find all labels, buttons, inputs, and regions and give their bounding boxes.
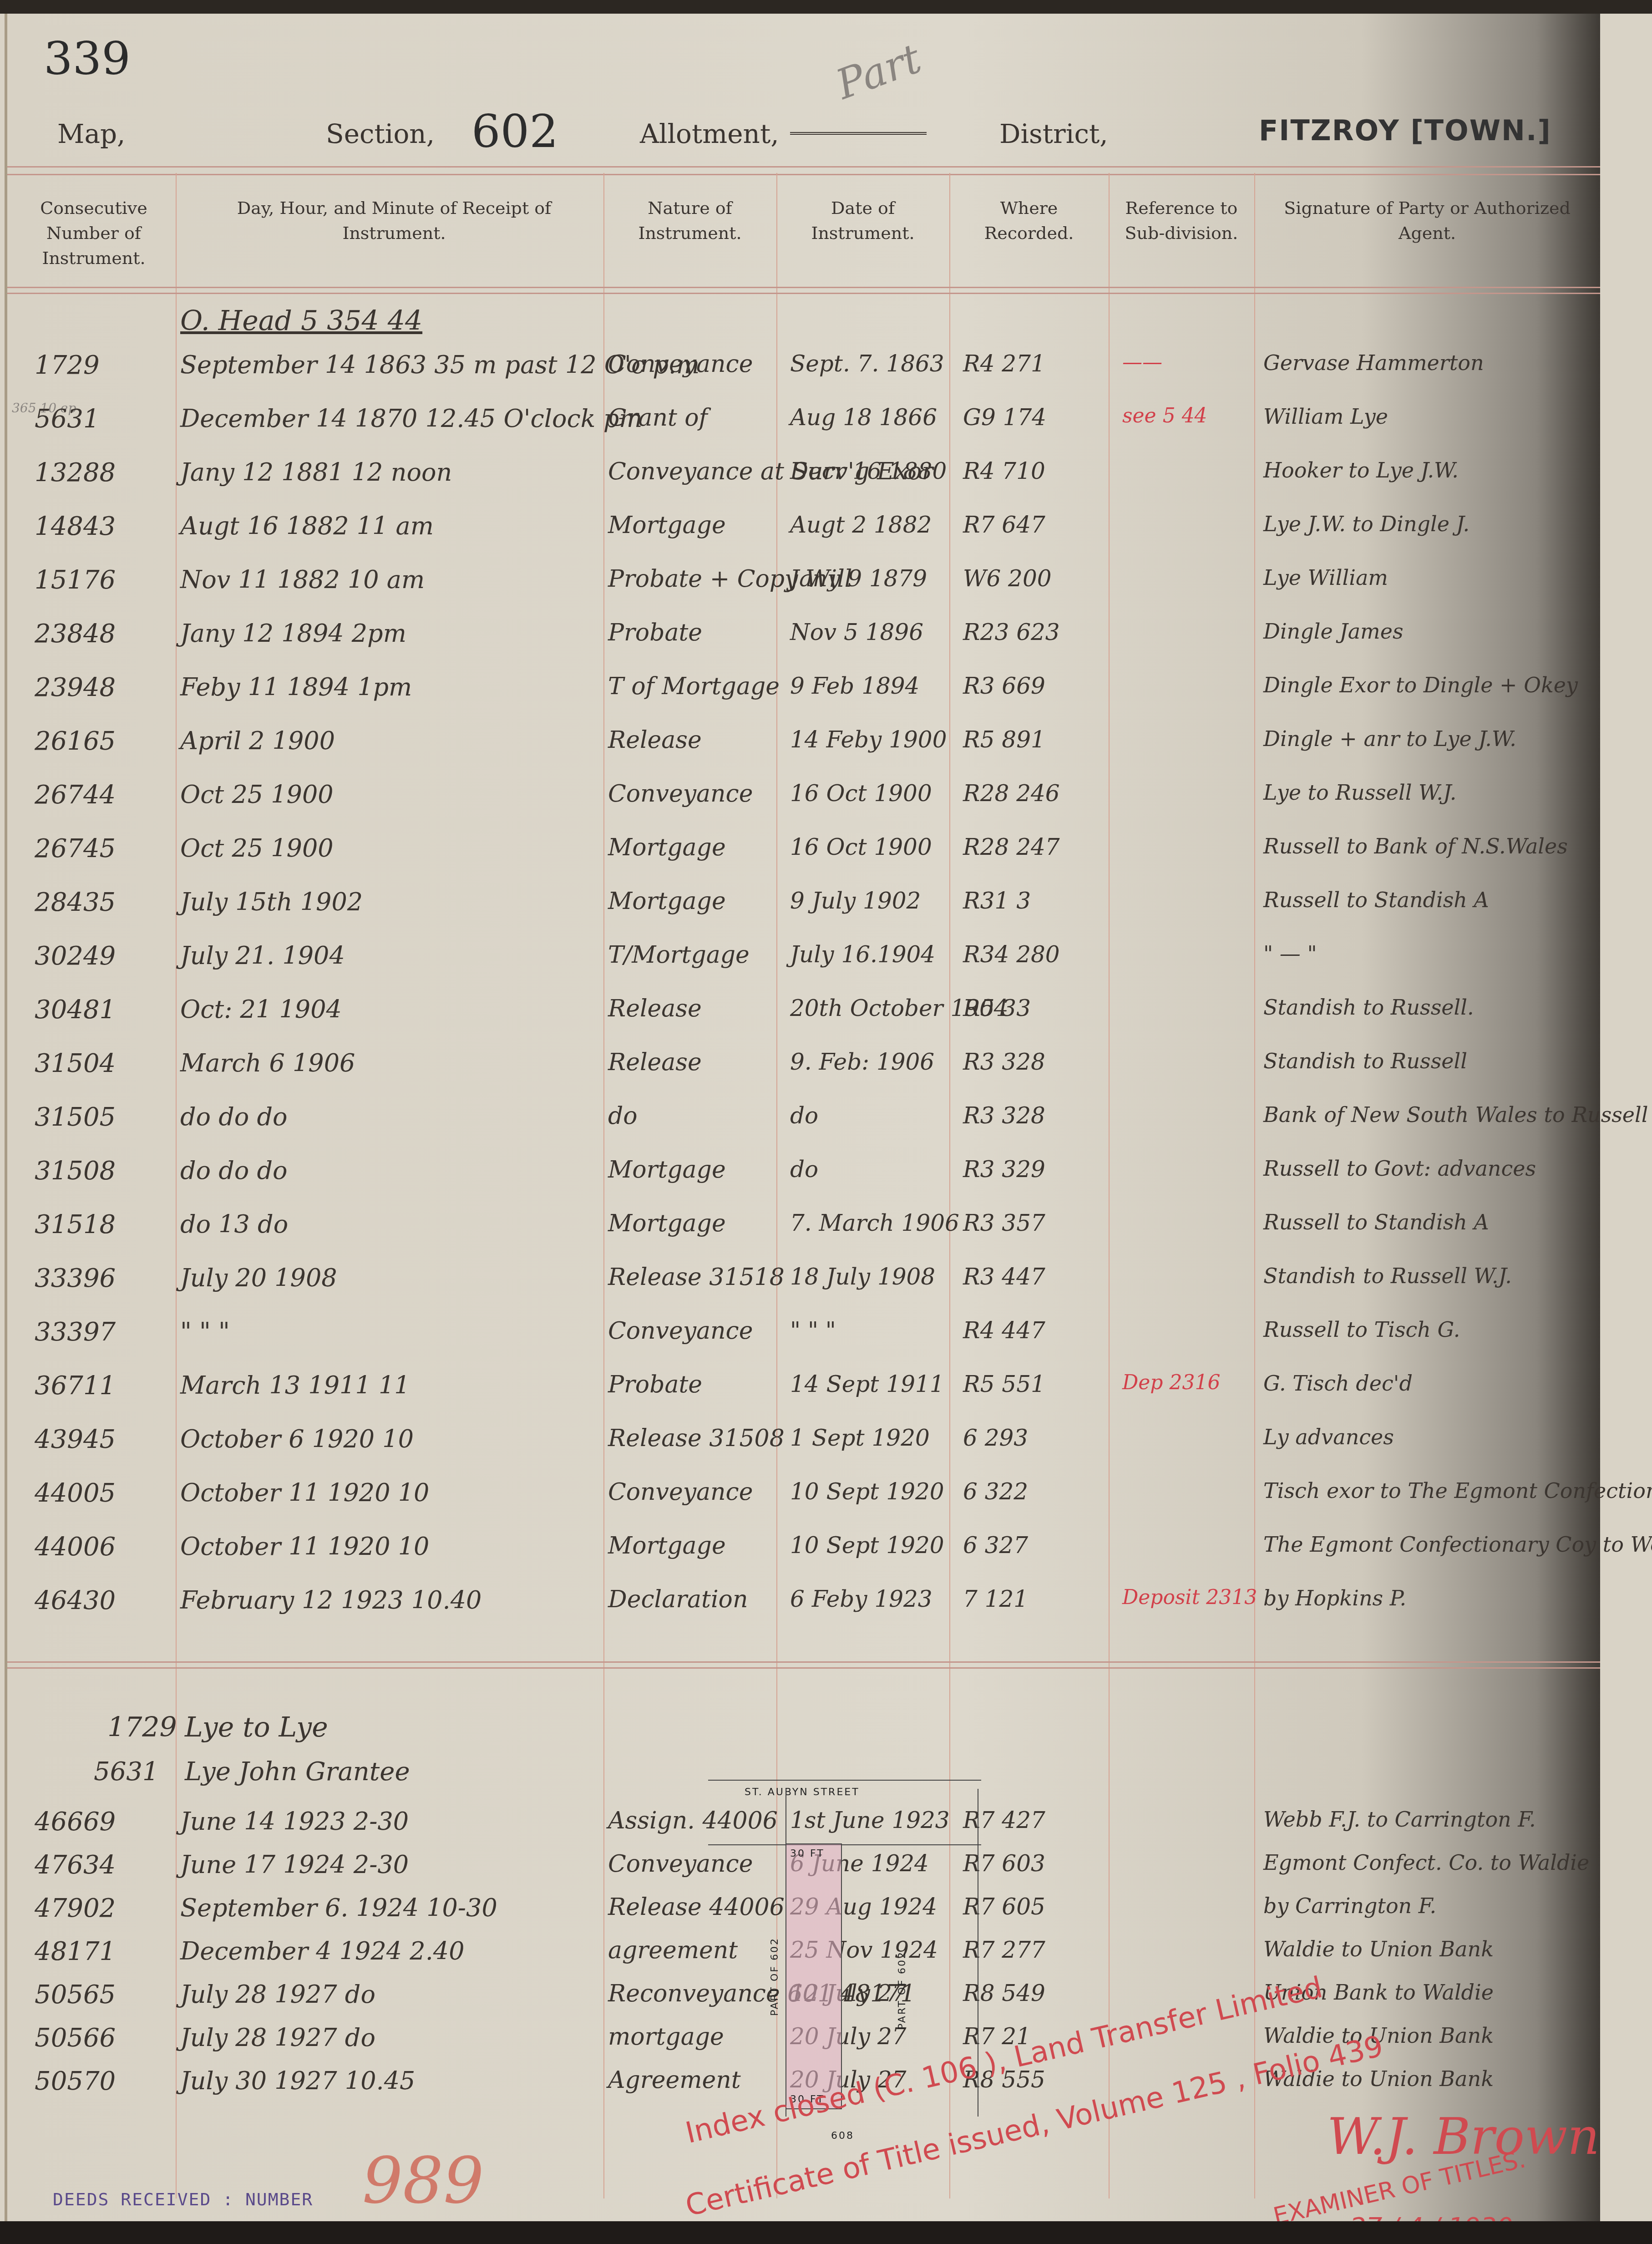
column-header-signature: Signature of Party or Authorized Agent. (1282, 196, 1573, 246)
instrument-nature: Release 44006 (608, 1894, 785, 1921)
ledger-row: 36711March 13 1911 11Probate14 Sept 1911… (7, 1371, 1600, 1426)
where-recorded: G9 174 (963, 404, 1046, 431)
party-signature: Russell to Bank of N.S.Wales (1263, 834, 1568, 858)
party-signature: Lye William (1263, 565, 1388, 590)
receipt-time: March 6 1906 (180, 1049, 355, 1077)
instrument-nature: Probate (608, 619, 702, 646)
where-recorded: R28 246 (963, 780, 1060, 807)
instrument-date: Jany 9 1879 (790, 565, 927, 592)
where-recorded: 6 322 (963, 1478, 1028, 1505)
pencil-part-note: Part (830, 35, 927, 109)
instrument-date: 9 July 1902 (790, 888, 921, 914)
instrument-number: 30249 (35, 941, 116, 971)
instrument-number: 43945 (35, 1425, 116, 1454)
party-signature: G. Tisch dec'd (1263, 1371, 1413, 1396)
party-signature: Russell to Standish A (1263, 1210, 1489, 1234)
receipt-time: Oct: 21 1904 (180, 995, 342, 1024)
ledger-row: 23948Feby 11 1894 1pmT of Mortgage9 Feb … (7, 673, 1600, 727)
party-signature: Tisch exor to The Egmont Confectionery (1263, 1478, 1652, 1503)
ledger-row: 15176Nov 11 1882 10 amProbate + Copy Wil… (7, 565, 1600, 620)
party-signature: Standish to Russell (1263, 1049, 1467, 1073)
instrument-number: 5631 (35, 404, 100, 434)
instrument-number: 26745 (35, 834, 116, 863)
title-row: Map, Section, 602 Allotment, District, F… (53, 114, 1591, 168)
ledger-row: 26745Oct 25 1900Mortgage16 Oct 1900R28 2… (7, 834, 1600, 888)
receipt-time: Jany 12 1881 12 noon (180, 458, 452, 487)
instrument-number: 26744 (35, 780, 116, 810)
instrument-date: 14 Feby 1900 (790, 726, 947, 753)
instrument-date: 1 Sept 1920 (790, 1425, 930, 1451)
where-recorded: 7 121 (963, 1586, 1028, 1612)
instrument-nature: Conveyance (608, 350, 753, 378)
page-number: 339 (44, 32, 131, 85)
where-recorded: R3 357 (963, 1210, 1045, 1236)
column-header-received: Day, Hour, and Minute of Receipt of Inst… (235, 196, 553, 246)
receipt-time: June 17 1924 2-30 (180, 1850, 409, 1879)
instrument-nature: Grant of (608, 404, 708, 432)
receipt-time: July 28 1927 do (180, 1980, 375, 2009)
examiner-signature: W.J. Brown (1327, 2107, 1600, 2166)
party-signature: Dingle Exor to Dingle + Okey (1263, 673, 1578, 697)
instrument-number: 46430 (35, 1586, 116, 1615)
where-recorded: R7 647 (963, 512, 1045, 538)
party-signature: Russell to Tisch G. (1263, 1317, 1460, 1342)
instrument-nature: T of Mortgage (608, 673, 780, 700)
plan-lot-note: 608 (831, 2130, 854, 2142)
party-signature: Russell to Standish A (1263, 888, 1489, 912)
plan-width-top: 30 FT (790, 1848, 825, 1859)
instrument-date: Decr 16 1880 (790, 458, 947, 484)
instrument-number: 48171 (35, 1937, 116, 1966)
party-signature: Gervase Hammerton (1263, 350, 1484, 375)
subdivision-reference: —— (1122, 350, 1162, 374)
where-recorded: W6 200 (963, 565, 1052, 592)
where-recorded: R5 891 (963, 726, 1045, 753)
deeds-received-number: 989 (362, 2144, 484, 2218)
receipt-time: July 15th 1902 (180, 888, 363, 916)
receipt-time: do do do (180, 1156, 288, 1185)
receipt-time: " " " (180, 1317, 230, 1346)
instrument-nature: Conveyance (608, 780, 753, 807)
party-signature: " — " (1263, 941, 1317, 966)
party-signature: Lye J.W. to Dingle J. (1263, 512, 1470, 536)
grantee-text: Lye John Grantee (185, 1757, 410, 1787)
ledger-row: 28435July 15th 1902Mortgage9 July 1902R3… (7, 888, 1600, 942)
party-signature: Dingle James (1263, 619, 1404, 644)
column-header-reference: Reference to Sub-division. (1118, 196, 1245, 246)
instrument-nature: T/Mortgage (608, 941, 750, 969)
column-header-number: Consecutive Number of Instrument. (16, 196, 171, 271)
party-signature: Dingle + anr to Lye J.W. (1263, 726, 1516, 751)
instrument-date: Sept. 7. 1863 (790, 350, 944, 377)
district-value: FITZROY [TOWN.] (1259, 114, 1551, 147)
instrument-nature: Mortgage (608, 888, 726, 915)
scan-bottom-edge (0, 2221, 1652, 2244)
instrument-number: 47634 (35, 1850, 116, 1880)
ledger-row: 26744Oct 25 1900Conveyance16 Oct 1900R28… (7, 780, 1600, 835)
instrument-number: 31504 (35, 1049, 116, 1078)
where-recorded: R34 280 (963, 941, 1060, 968)
instrument-date: 6 Feby 1923 (790, 1586, 932, 1612)
where-recorded: R31 3 (963, 888, 1031, 914)
party-signature: Standish to Russell. (1263, 995, 1474, 1020)
where-recorded: R23 623 (963, 619, 1060, 645)
receipt-time: June 14 1923 2-30 (180, 1807, 409, 1836)
receipt-time: April 2 1900 (180, 726, 335, 755)
where-recorded: R5 551 (963, 1371, 1045, 1397)
instrument-date: " " " (790, 1317, 836, 1344)
instrument-nature: mortgage (608, 2023, 724, 2051)
where-recorded: R3 328 (963, 1049, 1045, 1075)
subdivision-reference: Dep 2316 (1122, 1371, 1220, 1394)
instrument-nature: Release 31518 (608, 1264, 785, 1291)
header-note: O. Head 5 354 44 (180, 305, 422, 337)
party-signature: Ly advances (1263, 1425, 1394, 1449)
instrument-nature: do (608, 1102, 638, 1130)
party-signature: Waldie to Union Bank (1263, 1937, 1494, 1961)
instrument-date: July 16.1904 (790, 941, 935, 968)
instrument-date: 18 July 1908 (790, 1264, 935, 1290)
receipt-time: Augt 16 1882 11 am (180, 512, 434, 540)
section-label: Section, (326, 118, 435, 149)
receipt-time: July 30 1927 10.45 (180, 2066, 415, 2095)
instrument-number: 14843 (35, 512, 116, 541)
instrument-number: 31508 (35, 1156, 116, 1186)
instrument-nature: Mortgage (608, 1156, 726, 1183)
instrument-nature: Conveyance (608, 1478, 753, 1506)
ledger-row: 33396July 20 1908Release 3151818 July 19… (7, 1264, 1600, 1318)
where-recorded: R28 247 (963, 834, 1060, 860)
section2-title: Lye to Lye (185, 1711, 328, 1743)
ledger-row: 43945October 6 1920 10Release 315081 Sep… (7, 1425, 1600, 1479)
instrument-date: do (790, 1102, 818, 1129)
plan-highlighted-strip (785, 1843, 842, 2109)
receipt-time: July 28 1927 do (180, 2023, 375, 2052)
where-recorded: R3 328 (963, 1102, 1045, 1129)
column-header-where: Where Recorded. (958, 196, 1100, 246)
subdivision-reference: see 5 44 (1122, 404, 1207, 427)
ledger-row: 31505do do dododoR3 328Bank of New South… (7, 1102, 1600, 1157)
subdivision-reference: Deposit 2313 (1122, 1586, 1257, 1609)
ledger-row: 14843Augt 16 1882 11 amMortgageAugt 2 18… (7, 512, 1600, 566)
party-signature: by Hopkins P. (1263, 1586, 1406, 1610)
ledger-row: 1729September 14 1863 35 m past 12 O'c p… (7, 350, 1600, 405)
where-recorded: R3 669 (963, 673, 1045, 699)
instrument-number: 50565 (35, 1980, 116, 2010)
receipt-time: July 21. 1904 (180, 941, 345, 970)
instrument-nature: Agreement (608, 2066, 741, 2094)
section-value: 602 (471, 105, 558, 158)
receipt-time: October 11 1920 10 (180, 1478, 429, 1507)
party-signature: The Egmont Confectionary Coy to Webb (1263, 1532, 1652, 1557)
instrument-number: 50570 (35, 2066, 116, 2096)
where-recorded: R5 33 (963, 995, 1031, 1021)
instrument-number: 47902 (35, 1894, 116, 1923)
column-header-date: Date of Instrument. (785, 196, 940, 246)
allotment-value-blank (790, 114, 927, 135)
ledger-row: 13288Jany 12 1881 12 noonConveyance at S… (7, 458, 1600, 513)
receipt-time: October 11 1920 10 (180, 1532, 429, 1561)
instrument-number: 23948 (35, 673, 116, 702)
map-label: Map, (57, 118, 126, 149)
instrument-nature: Conveyance (608, 1317, 753, 1345)
instrument-nature: Conveyance (608, 1850, 753, 1878)
instrument-date: 16 Oct 1900 (790, 780, 932, 807)
ledger-page: 339 Part Map, Section, 602 Allotment, Di… (5, 14, 1600, 2230)
instrument-number: 28435 (35, 888, 116, 917)
instrument-nature: Release 31508 (608, 1425, 785, 1452)
instrument-number: 31518 (35, 1210, 116, 1239)
allotment-label: Allotment, (640, 118, 779, 149)
instrument-nature: Release (608, 1049, 702, 1076)
receipt-time: July 20 1908 (180, 1264, 337, 1292)
ledger-row: 31518do 13 doMortgage7. March 1906R3 357… (7, 1210, 1600, 1264)
instrument-nature: agreement (608, 1937, 738, 1964)
instrument-number: 44005 (35, 1478, 116, 1508)
ledger-row: 26165April 2 1900Release14 Feby 1900R5 8… (7, 726, 1600, 781)
instrument-date: Aug 18 1866 (790, 404, 937, 431)
instrument-nature: Mortgage (608, 512, 726, 539)
instrument-date: Nov 5 1896 (790, 619, 923, 645)
party-signature: Egmont Confect. Co. to Waldie (1263, 1850, 1589, 1875)
where-recorded: R4 447 (963, 1317, 1045, 1344)
ledger-row: 31504March 6 1906Release9. Feb: 1906R3 3… (7, 1049, 1600, 1103)
receipt-time: Nov 11 1882 10 am (180, 565, 425, 594)
receipt-time: Oct 25 1900 (180, 780, 334, 809)
receipt-time: December 4 1924 2.40 (180, 1937, 465, 1965)
instrument-date: 9. Feb: 1906 (790, 1049, 934, 1075)
instrument-nature: Probate (608, 1371, 702, 1398)
instrument-number: 33396 (35, 1264, 116, 1293)
instrument-number: 13288 (35, 458, 116, 487)
scan-top-edge (0, 0, 1652, 14)
deeds-received-stamp: DEEDS RECEIVED : NUMBER (53, 2189, 313, 2209)
instrument-date: 10 Sept 1920 (790, 1478, 944, 1505)
ledger-row: 31508do do doMortgagedoR3 329Russell to … (7, 1156, 1600, 1211)
ledger-row: 30481Oct: 21 1904Release20th October 190… (7, 995, 1600, 1050)
instrument-number: 36711 (35, 1371, 116, 1401)
instrument-date: Augt 2 1882 (790, 512, 932, 538)
instrument-number: 23848 (35, 619, 116, 649)
instrument-number: 33397 (35, 1317, 116, 1347)
party-signature: Webb F.J. to Carrington F. (1263, 1807, 1536, 1832)
party-signature: by Carrington F. (1263, 1894, 1436, 1918)
section2-number: 1729 (107, 1711, 177, 1743)
grantee-number: 5631 (94, 1757, 159, 1787)
receipt-time: Jany 12 1894 2pm (180, 619, 406, 648)
instrument-date: do (790, 1156, 818, 1183)
header-bottom-rule (7, 287, 1600, 294)
receipt-time: Oct 25 1900 (180, 834, 334, 863)
header-rule (7, 166, 1600, 175)
instrument-number: 1729 (35, 350, 100, 380)
receipt-time: do 13 do (180, 1210, 288, 1239)
column-header-nature: Nature of Instrument. (613, 196, 767, 246)
party-signature: Bank of New South Wales to Russell W.J. (1263, 1102, 1652, 1127)
receipt-time: February 12 1923 10.40 (180, 1586, 481, 1614)
plan-part-right: PART OF 602 (897, 1951, 908, 2030)
party-signature: Standish to Russell W.J. (1263, 1264, 1512, 1288)
instrument-date: 7. March 1906 (790, 1210, 959, 1236)
instrument-number: 30481 (35, 995, 116, 1025)
receipt-time: Feby 11 1894 1pm (180, 673, 412, 701)
ledger-row: 30249July 21. 1904T/MortgageJuly 16.1904… (7, 941, 1600, 996)
instrument-date: 16 Oct 1900 (790, 834, 932, 860)
instrument-date: 14 Sept 1911 (790, 1371, 944, 1397)
instrument-nature: Mortgage (608, 1532, 726, 1559)
ledger-row: 44005October 11 1920 10Conveyance10 Sept… (7, 1478, 1600, 1533)
instrument-number: 44006 (35, 1532, 116, 1562)
instrument-date: 9 Feb 1894 (790, 673, 919, 699)
receipt-time: do do do (180, 1102, 288, 1131)
plan-part-left: PART OF 602 (769, 1937, 780, 2016)
ledger-row: 5631December 14 1870 12.45 O'clock pmGra… (7, 404, 1600, 459)
instrument-number: 50566 (35, 2023, 116, 2053)
where-recorded: R4 271 (963, 350, 1045, 377)
receipt-time: October 6 1920 10 (180, 1425, 414, 1453)
ledger-row: 46430February 12 1923 10.40Declaration6 … (7, 1586, 1600, 1640)
instrument-nature: Declaration (608, 1586, 748, 1613)
district-label: District, (999, 118, 1108, 149)
where-recorded: R3 447 (963, 1264, 1045, 1290)
ledger-row: 44006October 11 1920 10Mortgage10 Sept 1… (7, 1532, 1600, 1587)
receipt-time: March 13 1911 11 (180, 1371, 410, 1400)
ledger-row: 33397" " "Conveyance" " "R4 447Russell t… (7, 1317, 1600, 1372)
party-signature: Lye to Russell W.J. (1263, 780, 1456, 805)
where-recorded: R3 329 (963, 1156, 1045, 1183)
party-signature: Hooker to Lye J.W. (1263, 458, 1459, 482)
where-recorded: 6 293 (963, 1425, 1028, 1451)
party-signature: William Lye (1263, 404, 1388, 429)
where-recorded: R4 710 (963, 458, 1045, 484)
instrument-nature: Mortgage (608, 1210, 726, 1237)
instrument-number: 46669 (35, 1807, 116, 1837)
party-signature: Russell to Govt: advances (1263, 1156, 1536, 1181)
instrument-number: 26165 (35, 726, 116, 756)
instrument-nature: Release (608, 726, 702, 754)
where-recorded: 6 327 (963, 1532, 1028, 1559)
section-break-rule (7, 1661, 1600, 1669)
instrument-number: 15176 (35, 565, 116, 595)
ledger-row: 23848Jany 12 1894 2pmProbateNov 5 1896R2… (7, 619, 1600, 674)
instrument-number: 31505 (35, 1102, 116, 1132)
receipt-time: December 14 1870 12.45 O'clock pm (180, 404, 642, 433)
instrument-nature: Mortgage (608, 834, 726, 861)
receipt-time: September 6. 1924 10-30 (180, 1894, 497, 1922)
instrument-date: 10 Sept 1920 (790, 1532, 944, 1559)
instrument-nature: Release (608, 995, 702, 1022)
